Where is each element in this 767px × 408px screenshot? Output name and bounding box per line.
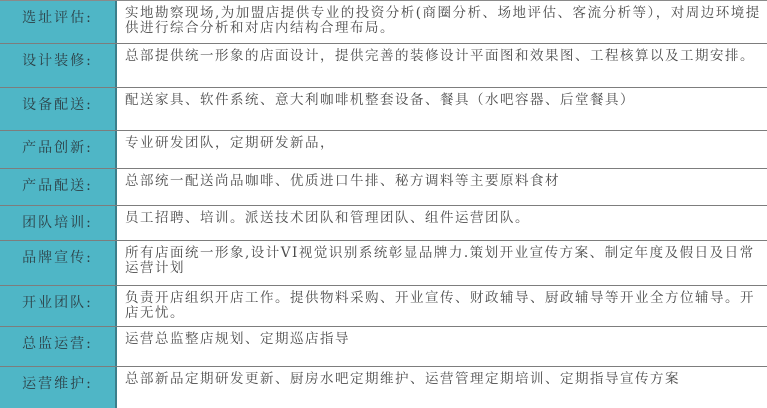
row-label: 设计装修: xyxy=(0,44,117,87)
row-content: 专业研发团队，定期研发新品， xyxy=(117,131,767,168)
row-label: 产品创新: xyxy=(0,131,117,168)
franchise-support-table: 选址评估: 实地勘察现场,为加盟店提供专业的投资分析(商圈分析、场地评估、客流分… xyxy=(0,0,767,408)
row-label: 运营维护: xyxy=(0,367,117,408)
row-label: 开业团队: xyxy=(0,286,117,326)
table-row-team-training: 团队培训: 员工招聘、培训。派送技术团队和管理团队、组件运营团队。 xyxy=(0,206,767,241)
row-label: 选址评估: xyxy=(0,1,117,43)
row-label: 产品配送: xyxy=(0,169,117,205)
table-row-site-evaluation: 选址评估: 实地勘察现场,为加盟店提供专业的投资分析(商圈分析、场地评估、客流分… xyxy=(0,1,767,44)
row-content: 员工招聘、培训。派送技术团队和管理团队、组件运营团队。 xyxy=(117,206,767,240)
table-row-opening-team: 开业团队: 负责开店组织开店工作。提供物料采购、开业宣传、财政辅导、厨政辅导等开… xyxy=(0,286,767,327)
table-row-product-delivery: 产品配送: 总部统一配送尚品咖啡、优质进口牛排、秘方调料等主要原料食材 xyxy=(0,169,767,206)
table-row-product-innovation: 产品创新: 专业研发团队，定期研发新品， xyxy=(0,131,767,169)
row-content: 总部新品定期研发更新、厨房水吧定期维护、运营管理定期培训、定期指导宣传方案 xyxy=(117,367,767,408)
row-content: 总部提供统一形象的店面设计，提供完善的装修设计平面图和效果图、工程核算以及工期安… xyxy=(117,44,767,87)
row-label: 总监运营: xyxy=(0,327,117,366)
row-content: 运营总监整店规划、定期巡店指导 xyxy=(117,327,767,366)
table-row-brand-promotion: 品牌宣传: 所有店面统一形象,设计VI视觉识别系统彰显品牌力.策划开业宣传方案、… xyxy=(0,241,767,286)
row-label: 团队培训: xyxy=(0,206,117,240)
table-row-director-operation: 总监运营: 运营总监整店规划、定期巡店指导 xyxy=(0,327,767,367)
table-row-design-decoration: 设计装修: 总部提供统一形象的店面设计，提供完善的装修设计平面图和效果图、工程核… xyxy=(0,44,767,88)
table-row-operation-maintenance: 运营维护: 总部新品定期研发更新、厨房水吧定期维护、运营管理定期培训、定期指导宣… xyxy=(0,367,767,408)
row-content: 总部统一配送尚品咖啡、优质进口牛排、秘方调料等主要原料食材 xyxy=(117,169,767,205)
row-content: 所有店面统一形象,设计VI视觉识别系统彰显品牌力.策划开业宣传方案、制定年度及假… xyxy=(117,241,767,285)
row-content: 负责开店组织开店工作。提供物料采购、开业宣传、财政辅导、厨政辅导等开业全方位辅导… xyxy=(117,286,767,326)
row-label: 品牌宣传: xyxy=(0,241,117,285)
row-content: 实地勘察现场,为加盟店提供专业的投资分析(商圈分析、场地评估、客流分析等），对周… xyxy=(117,1,767,43)
table-row-equipment-delivery: 设备配送: 配送家具、软件系统、意大利咖啡机整套设备、餐具（水吧容器、后堂餐具） xyxy=(0,88,767,131)
row-label: 设备配送: xyxy=(0,88,117,130)
row-content: 配送家具、软件系统、意大利咖啡机整套设备、餐具（水吧容器、后堂餐具） xyxy=(117,88,767,130)
